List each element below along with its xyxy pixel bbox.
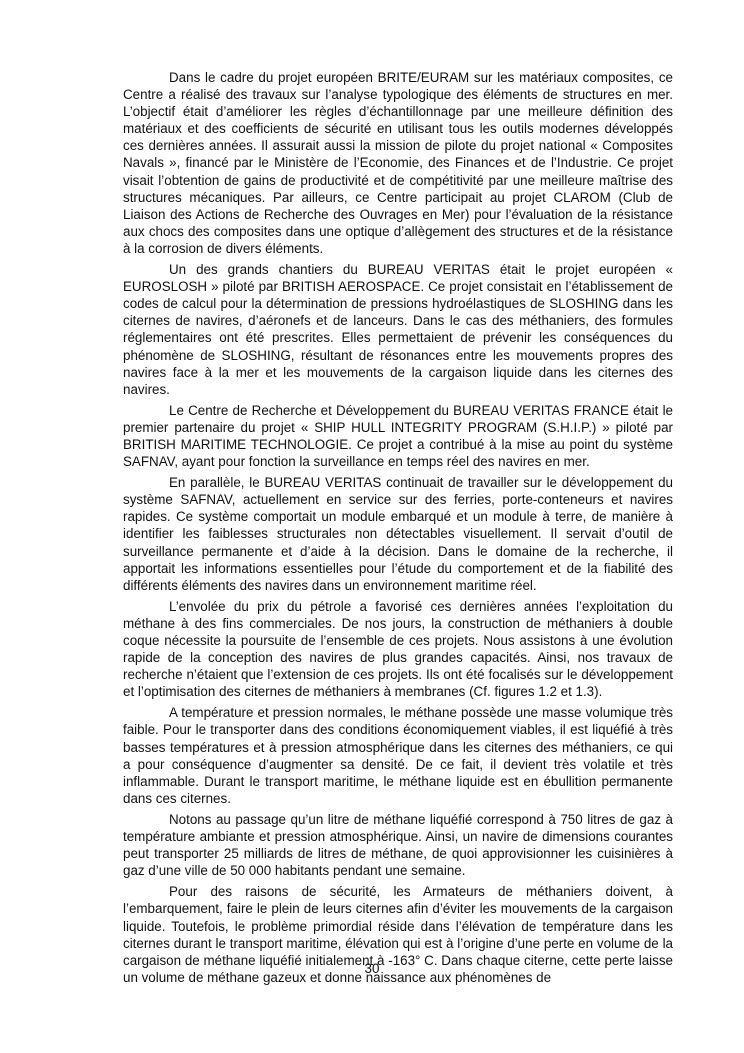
paragraph-methane-properties: A température et pression normales, le m… — [123, 704, 673, 807]
paragraph-brite-euram: Dans le cadre du projet européen BRITE/E… — [123, 69, 673, 257]
document-body: Dans le cadre du projet européen BRITE/E… — [123, 69, 673, 990]
paragraph-ship-program: Le Centre de Recherche et Développement … — [123, 402, 673, 470]
paragraph-eurosslosh: Un des grands chantiers du BUREAU VERITA… — [123, 261, 673, 398]
paragraph-safnav: En parallèle, le BUREAU VERITAS continua… — [123, 474, 673, 594]
paragraph-petrole: L’envolée du prix du pétrole a favorisé … — [123, 598, 673, 701]
paragraph-methane-volume: Notons au passage qu’un litre de méthane… — [123, 811, 673, 879]
page-number: 30 — [0, 960, 744, 977]
